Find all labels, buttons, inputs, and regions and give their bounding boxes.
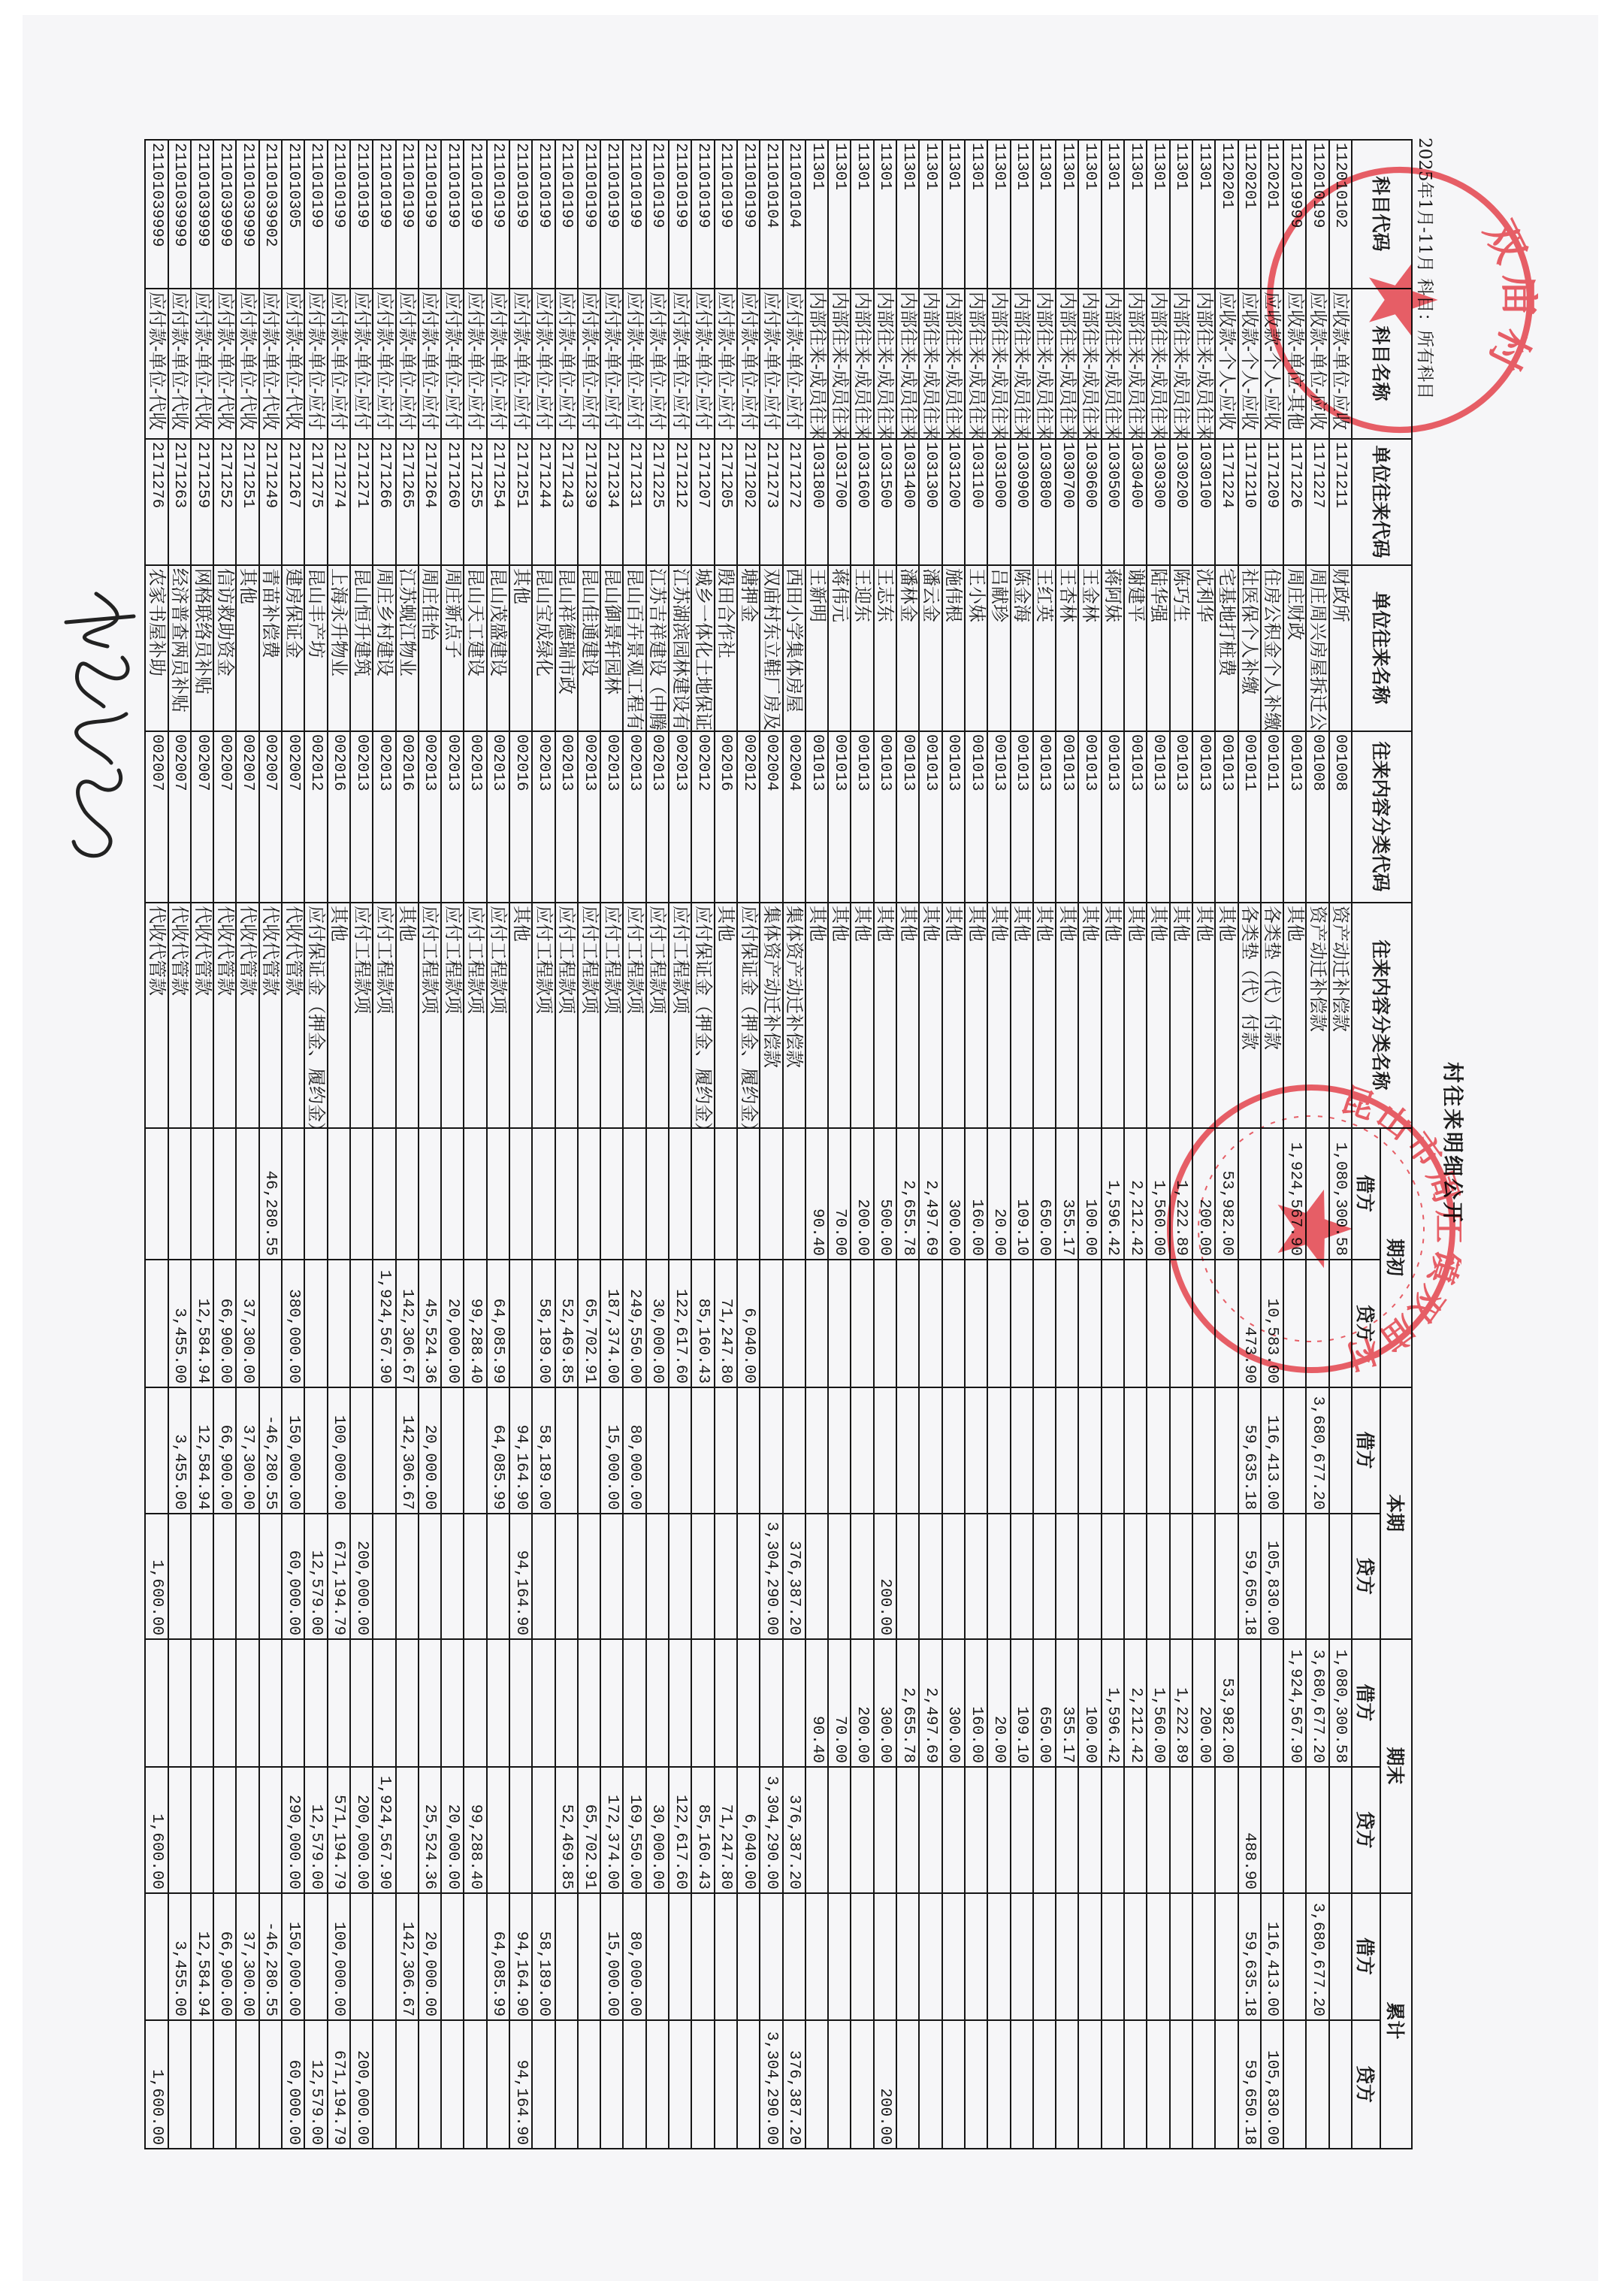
header-class-code: 往来内容分类代码 [1352, 731, 1412, 903]
cell-cumulative-debit [737, 1893, 760, 2020]
cell-subject-code: 211010199 [737, 140, 760, 289]
cell-period-credit [373, 1514, 395, 1639]
cell-closing-debit [1261, 1639, 1283, 1767]
cell-cumulative-credit [168, 2020, 191, 2149]
cell-closing-credit: 571,194.79 [328, 1767, 350, 1893]
cell-cumulative-credit: 200.00 [874, 2020, 896, 2149]
cell-subject-code: 211010104 [760, 140, 782, 289]
cell-unit-code: 2171207 [691, 439, 714, 565]
cell-subject-code: 211010199 [419, 140, 441, 289]
cell-period-credit: 200,000.00 [350, 1514, 373, 1639]
cell-unit-code: 2171243 [555, 439, 578, 565]
cell-class-name: 应付工程款项 [600, 903, 623, 1128]
cell-closing-credit: 25,524.36 [419, 1767, 441, 1893]
cell-unit-name: 昆山祥德瑞市政 [555, 565, 578, 731]
cell-class-code: 001013 [1283, 731, 1306, 903]
cell-cumulative-debit: 59,635.18 [1238, 1893, 1261, 2020]
cell-class-name: 集体资产动迁补偿款 [760, 903, 782, 1128]
cell-period-debit: -46,280.55 [259, 1387, 282, 1514]
cell-class-name: 应付保证金（押金、履约金）等 [737, 903, 760, 1128]
village-seal-text: 双庙村 [1475, 213, 1538, 386]
cell-subject-name: 内部往来-成员往来 [896, 289, 919, 439]
cell-cumulative-debit: 15,000.00 [600, 1893, 623, 2020]
cell-class-code: 001013 [1192, 731, 1215, 903]
cell-opening-credit: 30,000.00 [646, 1260, 669, 1387]
ledger-row: 211010199应付款-单位-应付2171251其他002016其他94,16… [509, 140, 532, 2149]
cell-opening-debit [213, 1128, 236, 1260]
cell-subject-name: 内部往来-成员往来 [1078, 289, 1101, 439]
cell-subject-name: 应付款-单位-应付 [328, 289, 350, 439]
cell-period-credit [646, 1514, 669, 1639]
cell-class-code: 002016 [715, 731, 737, 903]
cell-class-code: 001013 [1033, 731, 1056, 903]
cell-unit-name: 昆山丰产坊 [304, 565, 327, 731]
cell-opening-credit: 187,374.00 [600, 1260, 623, 1387]
cell-opening-credit [1011, 1260, 1033, 1387]
cell-period-credit [896, 1514, 919, 1639]
cell-opening-credit [145, 1260, 168, 1387]
cell-unit-name: 上海永升物业 [328, 565, 350, 731]
cell-opening-credit [828, 1260, 851, 1387]
cell-period-debit [145, 1387, 168, 1514]
cell-period-debit: 59,635.18 [1238, 1387, 1261, 1514]
cell-closing-credit [487, 1767, 509, 1893]
cell-cumulative-debit [987, 1893, 1010, 2020]
cell-period-debit [805, 1387, 828, 1514]
cell-cumulative-credit [464, 2020, 486, 2149]
cell-closing-credit [1078, 1767, 1101, 1893]
cell-class-name: 代收代管款 [259, 903, 282, 1128]
cell-cumulative-debit [373, 1893, 395, 2020]
cell-opening-credit [304, 1260, 327, 1387]
cell-class-code: 002016 [509, 731, 532, 903]
cell-closing-credit [532, 1767, 555, 1893]
cell-closing-credit: 99,288.40 [464, 1767, 486, 1893]
header-cumulative-debit: 借方 [1352, 1893, 1380, 2020]
cell-period-debit [851, 1387, 873, 1514]
ledger-row: 211010199应付款-单位-应付2171271昆山恒升建筑002013应付工… [350, 140, 373, 2149]
header-closing-debit: 借方 [1352, 1639, 1380, 1767]
cell-unit-name: 昆山恒升建筑 [350, 565, 373, 731]
cell-period-debit: 58,189.00 [532, 1387, 555, 1514]
cell-opening-debit [168, 1128, 191, 1260]
cell-subject-name: 内部往来-成员往来 [1033, 289, 1056, 439]
cell-unit-name: 其他 [509, 565, 532, 731]
cell-closing-debit [373, 1639, 395, 1767]
cell-unit-code: 1030900 [1011, 439, 1033, 565]
cell-period-debit: 15,000.00 [600, 1387, 623, 1514]
cell-cumulative-debit: 20,000.00 [419, 1893, 441, 2020]
cell-closing-credit: 1,600.00 [145, 1767, 168, 1893]
cell-unit-code: 2171252 [213, 439, 236, 565]
cell-unit-name: 周庄周兴房屋拆迁公 [1306, 565, 1328, 731]
cell-unit-name: 王迎东 [851, 565, 873, 731]
cell-unit-code: 2171225 [646, 439, 669, 565]
cell-cumulative-debit: 100,000.00 [328, 1893, 350, 2020]
cell-period-credit: 3,304,290.00 [760, 1514, 782, 1639]
cell-unit-name: 谢建平 [1124, 565, 1147, 731]
cell-closing-credit: 20,000.00 [441, 1767, 464, 1893]
cell-closing-credit: 65,702.91 [578, 1767, 600, 1893]
cell-period-credit [1215, 1514, 1238, 1639]
cell-unit-code: 2171234 [600, 439, 623, 565]
cell-closing-debit: 2,212.42 [1124, 1639, 1147, 1767]
cell-period-credit: 60,000.00 [282, 1514, 304, 1639]
cell-period-debit: 150,000.00 [282, 1387, 304, 1514]
cell-opening-debit [532, 1128, 555, 1260]
cell-subject-name: 应付款-单位-应付 [373, 289, 395, 439]
cell-subject-code: 11301 [1102, 140, 1124, 289]
cell-cumulative-debit [919, 1893, 941, 2020]
cell-subject-code: 11301 [1011, 140, 1033, 289]
cell-closing-credit: 290,000.00 [282, 1767, 304, 1893]
cell-unit-name: 昆山宝成绿化 [532, 565, 555, 731]
cell-cumulative-debit [1170, 1893, 1192, 2020]
cell-closing-debit: 1,080,300.58 [1329, 1639, 1352, 1767]
cell-class-code: 002007 [282, 731, 304, 903]
cell-unit-code: 1030500 [1102, 439, 1124, 565]
cell-subject-code: 211010199 [669, 140, 691, 289]
cell-closing-debit: 355.17 [1056, 1639, 1078, 1767]
cell-closing-credit: 71,247.80 [715, 1767, 737, 1893]
cell-opening-credit [509, 1260, 532, 1387]
cell-closing-debit [396, 1639, 419, 1767]
cell-cumulative-debit [304, 1893, 327, 2020]
ledger-row: 211010199应付款-单位-应付2171234昆山御景轩园林002013应付… [600, 140, 623, 2149]
cell-period-credit: 12,579.00 [304, 1514, 327, 1639]
cell-period-credit [555, 1514, 578, 1639]
cell-opening-debit [600, 1128, 623, 1260]
cell-subject-code: 11301 [1192, 140, 1215, 289]
cell-closing-debit [760, 1639, 782, 1767]
cell-subject-code: 21101039999 [145, 140, 168, 289]
cell-unit-code: 2171263 [168, 439, 191, 565]
cell-opening-debit: 160.00 [965, 1128, 987, 1260]
cell-class-name: 其他 [328, 903, 350, 1128]
cell-subject-name: 应付款-单位-应付 [441, 289, 464, 439]
cell-opening-credit [942, 1260, 965, 1387]
cell-cumulative-credit [1078, 2020, 1101, 2149]
cell-closing-credit [1033, 1767, 1056, 1893]
cell-class-code: 002004 [760, 731, 782, 903]
ledger-row: 21101039902应付款-单位-代收2171249青苗补偿费002007代收… [259, 140, 282, 2149]
cell-opening-debit: 200.00 [851, 1128, 873, 1260]
cell-subject-name: 应收款-个人-应收 [1238, 289, 1261, 439]
cell-unit-name: 陈巧生 [1170, 565, 1192, 731]
cell-opening-debit: 1,596.42 [1102, 1128, 1124, 1260]
cell-closing-debit [213, 1639, 236, 1767]
cell-subject-code: 11301 [851, 140, 873, 289]
cell-class-code: 002013 [487, 731, 509, 903]
cell-class-code: 001013 [896, 731, 919, 903]
cell-closing-debit [578, 1639, 600, 1767]
cell-closing-debit [350, 1639, 373, 1767]
cell-cumulative-credit: 376,387.20 [783, 2020, 805, 2149]
cell-class-code: 001011 [1261, 731, 1283, 903]
cell-opening-debit [487, 1128, 509, 1260]
cell-cumulative-debit [1283, 1893, 1306, 2020]
cell-opening-credit [1102, 1260, 1124, 1387]
cell-class-name: 其他 [1078, 903, 1101, 1128]
cell-period-credit [259, 1514, 282, 1639]
cell-unit-name: 殷田合作社 [715, 565, 737, 731]
cell-closing-credit [874, 1767, 896, 1893]
cell-period-credit: 376,387.20 [783, 1514, 805, 1639]
cell-opening-debit [509, 1128, 532, 1260]
cell-closing-debit: 3,680,677.20 [1306, 1639, 1328, 1767]
cell-unit-code: 2171244 [532, 439, 555, 565]
cell-closing-debit [737, 1639, 760, 1767]
cell-unit-code: 2171212 [669, 439, 691, 565]
cell-period-debit [669, 1387, 691, 1514]
cell-cumulative-credit [624, 2020, 646, 2149]
cell-subject-name: 内部往来-成员往来 [1147, 289, 1169, 439]
cell-cumulative-debit [1056, 1893, 1078, 2020]
cell-period-credit [987, 1514, 1010, 1639]
cell-class-name: 应付保证金（押金、履约金）等 [691, 903, 714, 1128]
cell-unit-code: 2171274 [328, 439, 350, 565]
cell-class-name: 应付工程款项 [464, 903, 486, 1128]
cell-unit-code: 1030300 [1147, 439, 1169, 565]
cell-cumulative-credit: 105,830.00 [1261, 2020, 1283, 2149]
cell-unit-code: 2171249 [259, 439, 282, 565]
cell-cumulative-debit [715, 1893, 737, 2020]
cell-opening-debit [578, 1128, 600, 1260]
cell-period-credit [1283, 1514, 1306, 1639]
cell-unit-name: 昆山茂盛建设 [487, 565, 509, 731]
cell-period-debit [737, 1387, 760, 1514]
cell-subject-name: 应付款-单位-应付 [760, 289, 782, 439]
cell-unit-name: 蒋阿妹 [1102, 565, 1124, 731]
cell-cumulative-debit [1011, 1893, 1033, 2020]
cell-cumulative-debit: 150,000.00 [282, 1893, 304, 2020]
cell-period-debit [919, 1387, 941, 1514]
cell-cumulative-debit [578, 1893, 600, 2020]
cell-unit-name: 昆山佳通建设 [578, 565, 600, 731]
ledger-row: 211010199应付款-单位-应付2171266周庄乡村建设002013应付工… [373, 140, 395, 2149]
cell-period-debit [1011, 1387, 1033, 1514]
cell-closing-debit: 90.40 [805, 1639, 828, 1767]
cell-period-debit [965, 1387, 987, 1514]
cell-closing-debit: 70.00 [828, 1639, 851, 1767]
cell-cumulative-credit [259, 2020, 282, 2149]
cell-opening-credit: 64,085.99 [487, 1260, 509, 1387]
cell-period-credit [191, 1514, 213, 1639]
cell-period-debit: 116,413.00 [1261, 1387, 1283, 1514]
cell-closing-debit: 200.00 [1192, 1639, 1215, 1767]
cell-closing-credit [236, 1767, 258, 1893]
cell-closing-debit: 650.00 [1033, 1639, 1056, 1767]
cell-cumulative-debit [1102, 1893, 1124, 2020]
cell-cumulative-debit [350, 1893, 373, 2020]
cell-opening-debit [555, 1128, 578, 1260]
cell-closing-credit: 1,924,567.90 [373, 1767, 395, 1893]
cell-class-name: 其他 [715, 903, 737, 1128]
cell-class-name: 代收代管款 [213, 903, 236, 1128]
cell-cumulative-credit [236, 2020, 258, 2149]
cell-opening-credit [760, 1260, 782, 1387]
cell-cumulative-credit [896, 2020, 919, 2149]
cell-cumulative-credit [828, 2020, 851, 2149]
cell-class-name: 应付工程款项 [532, 903, 555, 1128]
cell-closing-debit: 1,222.89 [1170, 1639, 1192, 1767]
cell-closing-credit [1215, 1767, 1238, 1893]
cell-unit-name: 潘林金 [896, 565, 919, 731]
cell-unit-code: 1031600 [851, 439, 873, 565]
cell-opening-debit: 650.00 [1033, 1128, 1056, 1260]
cell-cumulative-credit: 59,650.18 [1238, 2020, 1261, 2149]
cell-opening-credit: 142,306.67 [396, 1260, 419, 1387]
cell-opening-debit [760, 1128, 782, 1260]
cell-subject-name: 应付款-单位-代收 [213, 289, 236, 439]
ledger-row: 211010199应付款-单位-应付2171207城乡一体化土地保证002012… [691, 140, 714, 2149]
cell-unit-code: 1031100 [965, 439, 987, 565]
cell-unit-name: 网格联络员补贴 [191, 565, 213, 731]
cell-cumulative-debit: -46,280.55 [259, 1893, 282, 2020]
cell-class-code: 002013 [646, 731, 669, 903]
cell-subject-code: 21101039999 [236, 140, 258, 289]
village-seal: 双庙村 [1262, 162, 1538, 438]
cell-class-name: 其他 [1124, 903, 1147, 1128]
cell-closing-debit [487, 1639, 509, 1767]
cell-subject-code: 211010199 [715, 140, 737, 289]
cell-closing-debit [509, 1639, 532, 1767]
cell-closing-credit: 52,469.85 [555, 1767, 578, 1893]
cell-subject-name: 应付款-单位-应付 [783, 289, 805, 439]
cell-subject-name: 应付款-单位-代收 [282, 289, 304, 439]
ledger-row: 21101039999应付款-单位-代收2171252信访救助资金002007代… [213, 140, 236, 2149]
cell-class-name: 其他 [942, 903, 965, 1128]
cell-class-code: 001011 [1238, 731, 1261, 903]
ledger-row: 211010104应付款-单位-应付2171272西田小学集体房屋002004集… [783, 140, 805, 2149]
cell-class-name: 应付工程款项 [624, 903, 646, 1128]
cell-period-credit: 1,600.00 [145, 1514, 168, 1639]
cell-unit-name: 王金林 [1078, 565, 1101, 731]
cell-subject-code: 11301 [965, 140, 987, 289]
cell-cumulative-debit [1329, 1893, 1352, 2020]
cell-class-name: 其他 [1011, 903, 1033, 1128]
cell-period-credit [600, 1514, 623, 1639]
cell-closing-credit [987, 1767, 1010, 1893]
cell-class-code: 002013 [555, 731, 578, 903]
cell-cumulative-debit: 37,300.00 [236, 1893, 258, 2020]
cell-period-debit [350, 1387, 373, 1514]
cell-unit-name: 双庙村东立鞋厂房及 [760, 565, 782, 731]
cell-class-code: 002012 [737, 731, 760, 903]
cell-class-name: 其他 [805, 903, 828, 1128]
cell-cumulative-credit [419, 2020, 441, 2149]
cell-class-code: 001013 [919, 731, 941, 903]
svg-text:双庙村: 双庙村 [1475, 213, 1538, 386]
cell-class-name: 应付工程款项 [578, 903, 600, 1128]
cell-class-name: 其他 [828, 903, 851, 1128]
cell-unit-name: 经济普查两员补贴 [168, 565, 191, 731]
cell-unit-name: 信访救助资金 [213, 565, 236, 731]
cell-period-credit [715, 1514, 737, 1639]
cell-opening-credit: 45,524.36 [419, 1260, 441, 1387]
cell-opening-debit: 100.00 [1078, 1128, 1101, 1260]
cell-subject-code: 211010199 [578, 140, 600, 289]
cell-unit-code: 1031500 [874, 439, 896, 565]
cell-subject-name: 应付款-单位-应付 [304, 289, 327, 439]
cell-subject-code: 11301 [1124, 140, 1147, 289]
cell-cumulative-credit [646, 2020, 669, 2149]
cell-opening-credit: 12,584.94 [191, 1260, 213, 1387]
cell-opening-credit [328, 1260, 350, 1387]
cell-period-credit: 200.00 [874, 1514, 896, 1639]
cell-cumulative-credit [191, 2020, 213, 2149]
cell-subject-code: 1120201 [1215, 140, 1238, 289]
cell-opening-credit: 122,617.60 [669, 1260, 691, 1387]
cell-opening-debit [464, 1128, 486, 1260]
cell-unit-code: 1171226 [1283, 439, 1306, 565]
cell-opening-credit [965, 1260, 987, 1387]
cell-subject-name: 内部往来-成员往来 [1102, 289, 1124, 439]
cell-opening-debit [441, 1128, 464, 1260]
cell-period-debit [1147, 1387, 1169, 1514]
cell-unit-code: 2171205 [715, 439, 737, 565]
cell-closing-credit [1102, 1767, 1124, 1893]
cell-cumulative-credit [1102, 2020, 1124, 2149]
cell-period-debit [1283, 1387, 1306, 1514]
cell-class-name: 其他 [919, 903, 941, 1128]
cell-period-credit [213, 1514, 236, 1639]
cell-class-name: 应付工程款项 [441, 903, 464, 1128]
cell-subject-name: 内部往来-成员往来 [851, 289, 873, 439]
cell-unit-code: 1031400 [896, 439, 919, 565]
cell-opening-credit: 380,000.00 [282, 1260, 304, 1387]
cell-subject-name: 内部往来-成员往来 [1056, 289, 1078, 439]
cell-subject-code: 211010199 [509, 140, 532, 289]
cell-opening-credit: 52,469.85 [555, 1260, 578, 1387]
cell-subject-code: 11301 [1056, 140, 1078, 289]
cell-period-debit [1078, 1387, 1101, 1514]
cell-opening-debit: 46,280.55 [259, 1128, 282, 1260]
cell-subject-code: 211010305 [282, 140, 304, 289]
cell-class-code: 002013 [600, 731, 623, 903]
cell-unit-code: 2171272 [783, 439, 805, 565]
cell-subject-code: 211010199 [350, 140, 373, 289]
cell-cumulative-credit [1306, 2020, 1328, 2149]
cell-closing-credit [1192, 1767, 1215, 1893]
cell-unit-code: 2171266 [373, 439, 395, 565]
cell-subject-name: 应付款-单位-应付 [624, 289, 646, 439]
cell-cumulative-credit [919, 2020, 941, 2149]
cell-period-debit [828, 1387, 851, 1514]
ledger-row: 211010199应付款-单位-应付2171254昆山茂盛建设002013应付工… [487, 140, 509, 2149]
cell-closing-debit: 2,497.69 [919, 1639, 941, 1767]
cell-period-debit [555, 1387, 578, 1514]
ledger-row: 211010199应付款-单位-应付2171202塘押金002012应付保证金（… [737, 140, 760, 2149]
cell-class-code: 001013 [965, 731, 987, 903]
cell-period-debit [1056, 1387, 1078, 1514]
cell-class-code: 001013 [1147, 731, 1169, 903]
ledger-row: 211010199应付款-单位-应付2171275昆山丰产坊002012应付保证… [304, 140, 327, 2149]
cell-period-debit: 3,455.00 [168, 1387, 191, 1514]
cell-opening-credit: 66,900.00 [213, 1260, 236, 1387]
cell-opening-debit [304, 1128, 327, 1260]
cell-subject-name: 内部往来-成员往来 [1170, 289, 1192, 439]
cell-class-code: 001013 [851, 731, 873, 903]
ledger-row: 11301内部往来-成员往来1030600王金林001013其他100.0010… [1078, 140, 1101, 2149]
cell-opening-credit: 85,160.43 [691, 1260, 714, 1387]
cell-subject-code: 11301 [805, 140, 828, 289]
cell-cumulative-debit: 66,900.00 [213, 1893, 236, 2020]
cell-cumulative-credit [1033, 2020, 1056, 2149]
cell-closing-credit [1261, 1767, 1283, 1893]
cell-period-debit [1102, 1387, 1124, 1514]
cell-opening-credit [919, 1260, 941, 1387]
